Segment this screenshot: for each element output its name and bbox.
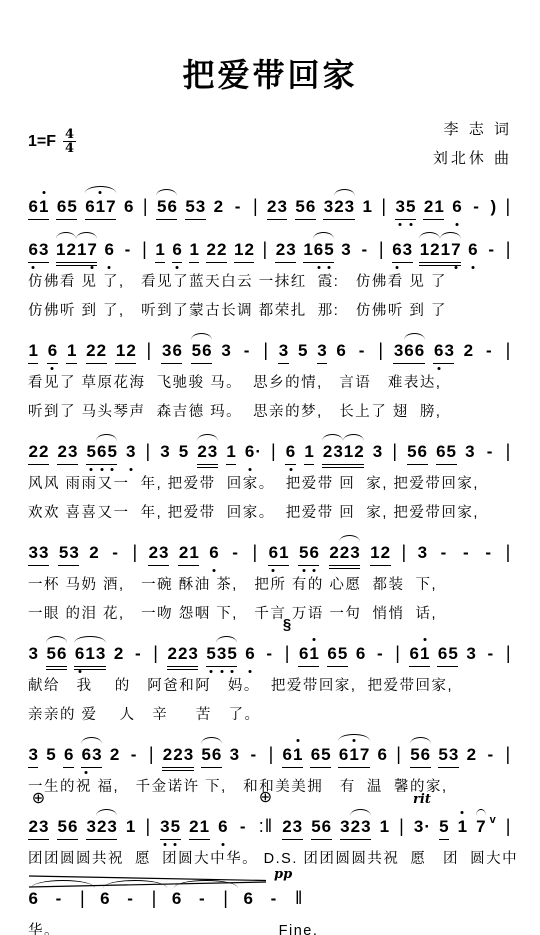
note-group: 6 bbox=[377, 745, 387, 765]
octave-dot-below bbox=[454, 266, 457, 269]
coda-icon: ⊕ bbox=[259, 790, 272, 806]
barline: | bbox=[144, 441, 152, 462]
meta-row: 1=F 4 4 李 志 词 刘北休 曲 bbox=[28, 116, 512, 173]
note-group: 3 bbox=[278, 341, 288, 364]
note-group: 61 bbox=[28, 197, 49, 220]
system-4: 22235653|352316·|6123123|56653-|风风 雨雨又一 … bbox=[28, 424, 512, 525]
note-group: 323 bbox=[323, 197, 354, 220]
note-group: 56 bbox=[191, 341, 212, 364]
barline: | bbox=[78, 888, 86, 909]
slur-arc bbox=[56, 232, 77, 239]
dash-note: - bbox=[229, 543, 242, 563]
octave-dot-below bbox=[108, 266, 111, 269]
barline: | bbox=[504, 643, 512, 664]
octave-dot-below bbox=[272, 569, 275, 572]
meter-numerator: 4 bbox=[63, 128, 76, 142]
lyrics-line: 听到了 马头琴声 森吉德 玛。 思亲的梦, 长上了 翅 膀, bbox=[28, 400, 512, 424]
note-group: 6 bbox=[336, 341, 346, 361]
note-group: 2 bbox=[213, 197, 223, 217]
slur-arc bbox=[339, 535, 360, 542]
octave-dot-below bbox=[51, 367, 54, 370]
note-group: 223 bbox=[162, 745, 193, 768]
note-group: 23 bbox=[197, 442, 218, 465]
note-group: 6 bbox=[243, 889, 253, 909]
slur-arc bbox=[338, 734, 369, 741]
slur-arc bbox=[334, 189, 355, 196]
barline: | bbox=[377, 340, 385, 361]
note-group: 2 bbox=[463, 341, 473, 361]
note-group: 65 bbox=[310, 745, 331, 768]
octave-dot-above bbox=[313, 638, 316, 641]
score-systems: 61656176|56532-|23563231|35216-)|6312176… bbox=[28, 179, 512, 935]
notes-row: 356632-|223563-|61656176|56532-| bbox=[28, 744, 512, 770]
note-group: 56 bbox=[298, 543, 319, 566]
dash-note: - bbox=[236, 817, 249, 837]
sheet-page: 把爱带回家 1=F 4 4 李 志 词 刘北休 曲 61656176|56532… bbox=[0, 0, 540, 935]
slur-arc bbox=[191, 333, 212, 340]
note-group: 6 bbox=[172, 240, 182, 263]
notes-row: 23⊕563231|35216-:‖⊕23563231|3·rit517v| bbox=[28, 816, 512, 842]
note-group: 65 bbox=[437, 644, 458, 667]
note-group: 7 bbox=[476, 817, 486, 837]
note-group: 36 bbox=[161, 341, 182, 364]
note-group: 5 bbox=[439, 817, 449, 840]
barline: | bbox=[251, 196, 259, 217]
note-group: 22 bbox=[86, 341, 107, 364]
note-group: 1 bbox=[226, 442, 236, 465]
slur-arc bbox=[201, 737, 222, 744]
octave-dot-below bbox=[100, 468, 103, 471]
note-group: 6 bbox=[245, 644, 255, 664]
dash-note: - bbox=[121, 240, 134, 260]
note-group: 6 bbox=[209, 543, 219, 563]
slur-arc bbox=[440, 232, 461, 239]
note-group: 3 bbox=[341, 240, 351, 260]
barline: | bbox=[150, 888, 158, 909]
note-group: 56 bbox=[156, 197, 177, 220]
note-group: 3 bbox=[372, 442, 382, 462]
octave-dot-above bbox=[461, 811, 464, 814]
note-group: 1 bbox=[66, 341, 76, 364]
lyrics-line: 献给 我 的 阿爸和阿 妈。 把爱带回家, 把爱带回家, bbox=[28, 674, 512, 698]
barline: | bbox=[504, 744, 512, 765]
note-group: 12 bbox=[234, 240, 255, 263]
octave-dot-above bbox=[42, 191, 45, 194]
slur-arc bbox=[96, 434, 117, 441]
octave-dot-below bbox=[289, 468, 292, 471]
octave-dot-below bbox=[163, 843, 166, 846]
note-group: 323 bbox=[86, 817, 117, 840]
note-group: 22 bbox=[206, 240, 227, 263]
dash-note: - bbox=[52, 889, 65, 909]
note-group: 23⊕ bbox=[28, 817, 49, 840]
slur-arc bbox=[410, 737, 431, 744]
note-group: 3 bbox=[417, 543, 427, 563]
note-group: 35 bbox=[395, 197, 416, 220]
slur-arc bbox=[419, 232, 440, 239]
key-signature: 1=F 4 4 bbox=[28, 116, 76, 156]
octave-dot-below bbox=[212, 569, 215, 572]
barline: | bbox=[398, 816, 406, 837]
note-group: 23 bbox=[57, 442, 78, 465]
note-group: 1 bbox=[28, 341, 38, 364]
note-group: 3 bbox=[229, 745, 239, 765]
note-group: 65 bbox=[436, 442, 457, 465]
lyrics-line: 看见了 草原花海 飞驰骏 马。 思乡的情, 言语 难表达, bbox=[28, 371, 512, 395]
note-group: 56 bbox=[57, 817, 78, 840]
barline: | bbox=[147, 744, 155, 765]
coda-icon: ⊕ bbox=[32, 791, 45, 807]
dash-note: - bbox=[263, 644, 276, 664]
note-group: 23 bbox=[275, 240, 296, 263]
note-group: 3 bbox=[125, 442, 135, 462]
system-3: 1612212|36563-|3536-|366632-|看见了 草原花海 飞驰… bbox=[28, 323, 512, 424]
barline: | bbox=[262, 340, 270, 361]
octave-dot-below bbox=[317, 266, 320, 269]
dash-note: - bbox=[459, 543, 472, 563]
note-group: 535 bbox=[206, 644, 237, 667]
dash-note: - bbox=[247, 745, 260, 765]
barline: | bbox=[504, 196, 512, 217]
decrescendo-hairpin-icon bbox=[28, 873, 273, 886]
note-group: 1217 bbox=[56, 240, 98, 263]
note-group: 3 bbox=[317, 341, 327, 364]
octave-dot-below bbox=[91, 266, 94, 269]
note-group: 6 bbox=[285, 442, 295, 465]
note-group: ) bbox=[490, 197, 497, 217]
note-group: 1 bbox=[362, 197, 372, 217]
note-group: 63 bbox=[81, 745, 102, 768]
note-group: 2 bbox=[113, 644, 123, 664]
dash-note: - bbox=[127, 745, 140, 765]
note-group: 2 bbox=[89, 543, 99, 563]
note-group: 6 bbox=[171, 889, 181, 909]
note-group: 56 bbox=[201, 745, 222, 768]
barline: | bbox=[377, 239, 385, 260]
system-6: 3566132-|2235356-|§61656-|61653-|献给 我 的 … bbox=[28, 626, 512, 727]
note-group: 617 bbox=[85, 197, 116, 220]
barline: :‖⊕ bbox=[257, 816, 273, 837]
system-2: 6312176-|1612212|231653-|6312176-|仿佛看 见 … bbox=[28, 222, 512, 323]
note-group: 3 bbox=[160, 442, 170, 462]
note-group: 617 bbox=[338, 745, 369, 768]
dash-note: - bbox=[485, 240, 498, 260]
dash-note: - bbox=[482, 341, 495, 361]
note-group: 61 bbox=[298, 644, 319, 667]
octave-dot-below bbox=[221, 843, 224, 846]
note-group: 1 bbox=[125, 817, 135, 837]
notes-row: 3566132-|2235356-|§61656-|61653-| bbox=[28, 643, 512, 669]
barline: | bbox=[270, 441, 278, 462]
note-group: 65 bbox=[327, 644, 348, 667]
slur-arc bbox=[350, 809, 371, 816]
dash-note: - bbox=[355, 341, 368, 361]
slur-arc bbox=[476, 809, 486, 816]
dynamic-marking: pp bbox=[274, 867, 292, 882]
octave-dot-below bbox=[78, 670, 81, 673]
note-group: 3 bbox=[221, 341, 231, 361]
dash-note: - bbox=[482, 543, 495, 563]
note-group: 1 bbox=[155, 240, 165, 263]
note-group: 23 bbox=[148, 543, 169, 566]
octave-dot-below bbox=[111, 468, 114, 471]
barline: | bbox=[144, 816, 152, 837]
slur-arc bbox=[343, 434, 364, 441]
note-group: 1 bbox=[304, 442, 314, 465]
octave-dot-below bbox=[32, 266, 35, 269]
note-group: 1 bbox=[379, 817, 389, 837]
barline: | bbox=[261, 239, 269, 260]
note-group: 223 bbox=[167, 644, 198, 667]
note-group: 3 bbox=[466, 644, 476, 664]
octave-dot-below bbox=[129, 468, 132, 471]
note-group: 165 bbox=[303, 240, 334, 263]
note-group: 12 bbox=[370, 543, 391, 566]
slur-arc bbox=[156, 189, 177, 196]
octave-dot-below bbox=[174, 843, 177, 846]
segno-icon: § bbox=[283, 617, 291, 632]
note-group: 6 bbox=[218, 817, 228, 837]
notes-row: 6312176-|1612212|231653-|6312176-| bbox=[28, 239, 512, 265]
barline: | bbox=[400, 542, 408, 563]
octave-dot-below bbox=[231, 670, 234, 673]
note-group: 35 bbox=[160, 817, 181, 840]
barline: | bbox=[504, 816, 512, 837]
note-group: 6 bbox=[104, 240, 114, 260]
note-group: 6 bbox=[468, 240, 478, 260]
lyrics-line: 欢欢 喜喜又一 年, 把爱带 回家。 把爱带 回 家, 把爱带回家, bbox=[28, 501, 512, 525]
dash-note: - bbox=[470, 197, 483, 217]
dash-note: - bbox=[373, 644, 386, 664]
slur-arc bbox=[404, 333, 425, 340]
note-group: 3 bbox=[465, 442, 475, 462]
note-group: 5 bbox=[178, 442, 188, 462]
note-group: 61 bbox=[282, 745, 303, 768]
note-group: 63 bbox=[28, 240, 49, 263]
octave-dot-below bbox=[220, 670, 223, 673]
note-group: 6 bbox=[47, 341, 57, 364]
barline: | bbox=[141, 196, 149, 217]
barline: | bbox=[391, 441, 399, 462]
slur-arc bbox=[74, 636, 105, 643]
note-group: 5 bbox=[297, 341, 307, 361]
note-group: 2 bbox=[109, 745, 119, 765]
notes-row: 6-|6-|6-|6-‖pp bbox=[28, 888, 304, 914]
octave-dot-below bbox=[437, 367, 440, 370]
octave-dot-below bbox=[210, 670, 213, 673]
note-group: 223 bbox=[329, 543, 360, 566]
note-group: 1217 bbox=[419, 240, 461, 263]
note-group: 63 bbox=[392, 240, 413, 263]
octave-dot-below bbox=[327, 266, 330, 269]
note-group: 23 bbox=[267, 197, 288, 220]
dash-note: - bbox=[109, 543, 122, 563]
note-group: 613 bbox=[74, 644, 105, 667]
fine-marking: Fine. bbox=[279, 919, 319, 935]
note-group: 61 bbox=[409, 644, 430, 667]
note-group: 6 bbox=[452, 197, 462, 217]
time-signature: 4 4 bbox=[63, 128, 76, 156]
system-1: 61656176|56532-|23563231|35216-)| bbox=[28, 179, 512, 222]
barline: | bbox=[504, 441, 512, 462]
note-group: 53 bbox=[58, 543, 79, 566]
dash-note: - bbox=[483, 442, 496, 462]
note-group: 21 bbox=[178, 543, 199, 566]
slur-arc bbox=[76, 232, 97, 239]
slur-arc bbox=[197, 434, 218, 441]
note-group: 3 bbox=[28, 644, 38, 664]
barline: | bbox=[141, 239, 149, 260]
note-group: 6 bbox=[28, 889, 38, 909]
note-group: 2 bbox=[466, 745, 476, 765]
lyrics-line: 风风 雨雨又一 年, 把爱带 回家。 把爱带 回 家, 把爱带回家, bbox=[28, 472, 512, 496]
lyrics-row: 华。Fine. bbox=[28, 919, 318, 935]
octave-dot-below bbox=[249, 670, 252, 673]
lyricist: 李 志 词 bbox=[433, 116, 512, 145]
barline: | bbox=[267, 744, 275, 765]
dash-note: - bbox=[195, 889, 208, 909]
note-group: 1 bbox=[189, 240, 199, 263]
note-group: 22 bbox=[28, 442, 49, 465]
note-group: 21 bbox=[423, 197, 444, 220]
dash-note: - bbox=[484, 644, 497, 664]
system-8: 23⊕563231|35216-:‖⊕23563231|3·rit517v|团团… bbox=[28, 799, 512, 871]
dash-note: - bbox=[231, 197, 244, 217]
note-group: 53 bbox=[438, 745, 459, 768]
song-title: 把爱带回家 bbox=[28, 0, 512, 96]
composer: 刘北休 曲 bbox=[433, 145, 512, 174]
barline: | bbox=[504, 542, 512, 563]
note-group: 63 bbox=[433, 341, 454, 364]
note-group: 366 bbox=[393, 341, 424, 364]
octave-dot-below bbox=[313, 569, 316, 572]
slur-arc bbox=[313, 232, 334, 239]
barline: | bbox=[394, 643, 402, 664]
dash-note: - bbox=[437, 543, 450, 563]
octave-dot-below bbox=[248, 468, 251, 471]
note-group: 33 bbox=[28, 543, 49, 566]
note-group: 565 bbox=[86, 442, 117, 465]
note-group: 56 bbox=[407, 442, 428, 465]
barline: |§ bbox=[283, 643, 291, 664]
slur-arc bbox=[85, 186, 116, 193]
octave-dot-below bbox=[85, 771, 88, 774]
note-group: 56 bbox=[311, 817, 332, 840]
notes-row: 61656176|56532-|23563231|35216-)| bbox=[28, 196, 512, 222]
meter-denominator: 4 bbox=[65, 142, 74, 155]
note-group: 56 bbox=[46, 644, 67, 667]
lyrics-line: 华。 bbox=[28, 919, 60, 935]
note-group: 6 bbox=[63, 745, 73, 768]
barline: | bbox=[395, 744, 403, 765]
note-group: 53 bbox=[185, 197, 206, 220]
note-group: 5 bbox=[46, 745, 56, 765]
note-group: 6 bbox=[355, 644, 365, 664]
barline: | bbox=[131, 542, 139, 563]
lyrics-line: 一眼 的泪 花, 一吻 怨咽 下, 千言 万语 一句 悄悄 话, bbox=[28, 602, 512, 626]
note-group: 3·rit bbox=[413, 817, 430, 837]
slur-arc bbox=[96, 809, 117, 816]
note-group: 2312 bbox=[322, 442, 364, 465]
system-9: 6-|6-|6-|6-‖pp华。Fine. bbox=[28, 871, 512, 935]
dash-note: - bbox=[131, 644, 144, 664]
octave-dot-below bbox=[395, 266, 398, 269]
lyrics-line: 团团圆圆共祝 愿 团圆大中华。 D.S. 团团圆圆共祝 愿 团 圆大中 bbox=[28, 847, 512, 871]
note-group: 56 bbox=[295, 197, 316, 220]
dash-note: - bbox=[267, 889, 280, 909]
note-group: 6· bbox=[244, 442, 261, 462]
note-group: 323 bbox=[340, 817, 371, 840]
key-label: 1=F bbox=[28, 133, 56, 151]
lyrics-line: 仿佛听 到 了, 听到了蒙古长调 都荣扎 那: 仿佛听 到 了 bbox=[28, 299, 512, 323]
barline: | bbox=[251, 542, 259, 563]
slur-arc bbox=[322, 434, 343, 441]
octave-dot-below bbox=[90, 468, 93, 471]
notes-row: 22235653|352316·|6123123|56653-| bbox=[28, 441, 512, 467]
system-5: 33532-|23216-|615622312|3---|一杯 马奶 酒, 一碗… bbox=[28, 525, 512, 626]
lyrics-line: 亲亲的 爱 人 辛 苦 了。 bbox=[28, 703, 512, 727]
barline: | bbox=[504, 340, 512, 361]
note-group: 23 bbox=[282, 817, 303, 840]
breath-mark-icon: v bbox=[489, 814, 496, 826]
lyrics-line: 一杯 马奶 酒, 一碗 酥油 茶, 把所 有的 心愿 都装 下, bbox=[28, 573, 512, 597]
dash-note: - bbox=[124, 889, 137, 909]
barline: ‖ bbox=[293, 888, 303, 909]
note-group: 21 bbox=[189, 817, 210, 840]
note-group: 6 bbox=[124, 197, 134, 217]
dash-note: - bbox=[484, 745, 497, 765]
barline: | bbox=[222, 888, 230, 909]
note-group: 12 bbox=[115, 341, 136, 364]
dash-note: - bbox=[240, 341, 253, 361]
credits: 李 志 词 刘北休 曲 bbox=[433, 116, 512, 173]
note-group: 1 bbox=[457, 817, 467, 837]
barline: | bbox=[145, 340, 153, 361]
octave-dot-above bbox=[296, 739, 299, 742]
note-group: 65 bbox=[56, 197, 77, 220]
barline: | bbox=[152, 643, 160, 664]
octave-dot-below bbox=[471, 266, 474, 269]
notes-row: 33532-|23216-|615622312|3---| bbox=[28, 542, 512, 568]
note-group: 6 bbox=[100, 889, 110, 909]
barline: | bbox=[504, 239, 512, 260]
octave-dot-above bbox=[423, 638, 426, 641]
note-group: 3 bbox=[28, 745, 38, 768]
dash-note: - bbox=[358, 240, 371, 260]
octave-dot-below bbox=[176, 266, 179, 269]
barline: | bbox=[380, 196, 388, 217]
note-group: 61 bbox=[268, 543, 289, 566]
rit-marking: rit bbox=[413, 793, 431, 806]
note-group: 56 bbox=[410, 745, 431, 768]
slur-arc bbox=[81, 737, 102, 744]
octave-dot-below bbox=[302, 569, 305, 572]
notes-row: 1612212|36563-|3536-|366632-| bbox=[28, 340, 512, 366]
slur-arc bbox=[216, 636, 237, 643]
slur-arc bbox=[46, 636, 67, 643]
lyrics-line: 仿佛看 见 了, 看见了蓝天白云 一抹红 霞: 仿佛看 见 了 bbox=[28, 270, 512, 294]
